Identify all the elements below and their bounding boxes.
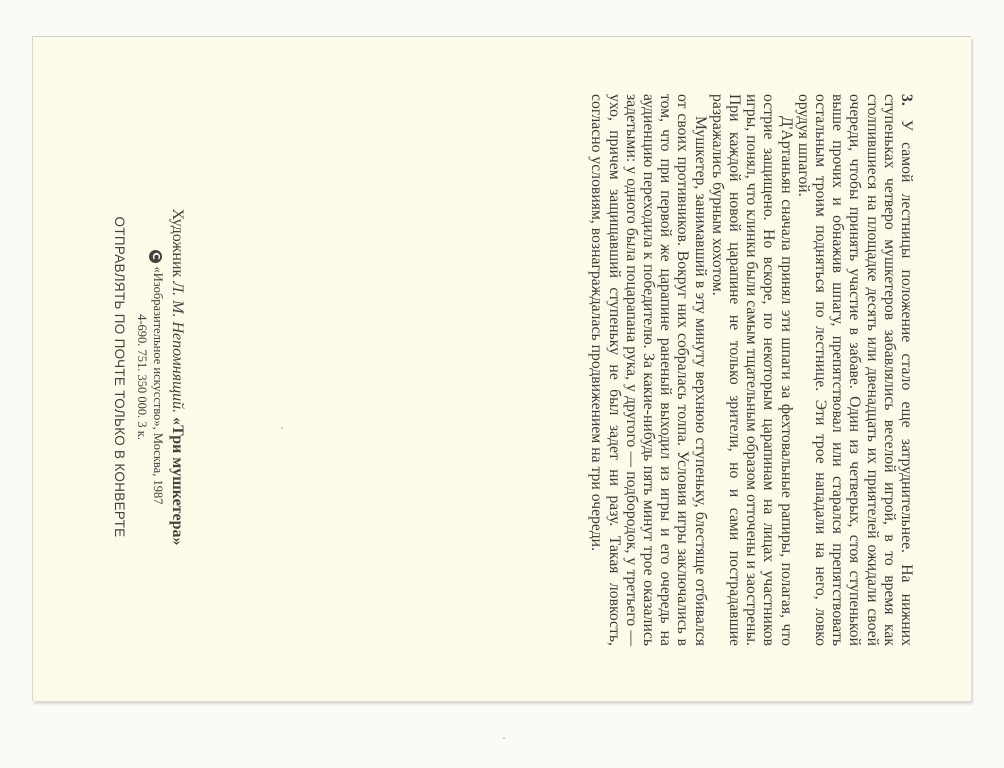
story-paragraph-2: Д'Артаньян сначала принял эти шпаги за ф… (709, 94, 795, 646)
artist-line: Художник Л. М. Непомнящий. «Три мушкетер… (168, 157, 187, 597)
paper-speck (503, 737, 505, 739)
postcard-title: «Три мушкетера» (169, 417, 186, 545)
story-paragraph-3: Мушкетер, занимавший в эту минуту верхню… (588, 94, 708, 646)
paper-speck (281, 427, 283, 429)
story-number: 3. (898, 94, 915, 106)
copyright-icon: C (149, 250, 162, 263)
credits-block: Художник Л. М. Непомнящий. «Три мушкетер… (111, 157, 187, 597)
story-text: 3.У самой лестницы положение стало еще з… (588, 94, 915, 646)
artist-name: Л. М. Непомнящий. (169, 281, 186, 413)
publisher-line: C«Изобразительное искусство», Москва, 19… (149, 157, 165, 597)
publisher: «Изобразительное искусство», Москва, 198… (151, 267, 165, 505)
artist-label: Художник (169, 208, 186, 277)
postcard: 3.У самой лестницы положение стало еще з… (32, 36, 971, 701)
story-paragraph-1: 3.У самой лестницы положение стало еще з… (795, 94, 915, 646)
print-code: 4-690. 751. 350 000. 3 к. (135, 157, 149, 597)
mailing-notice: ОТПРАВЛЯТЬ ПО ПОЧТЕ ТОЛЬКО В КОНВЕРТЕ (111, 157, 127, 597)
postcard-back-rotated: 3.У самой лестницы положение стало еще з… (33, 37, 971, 701)
